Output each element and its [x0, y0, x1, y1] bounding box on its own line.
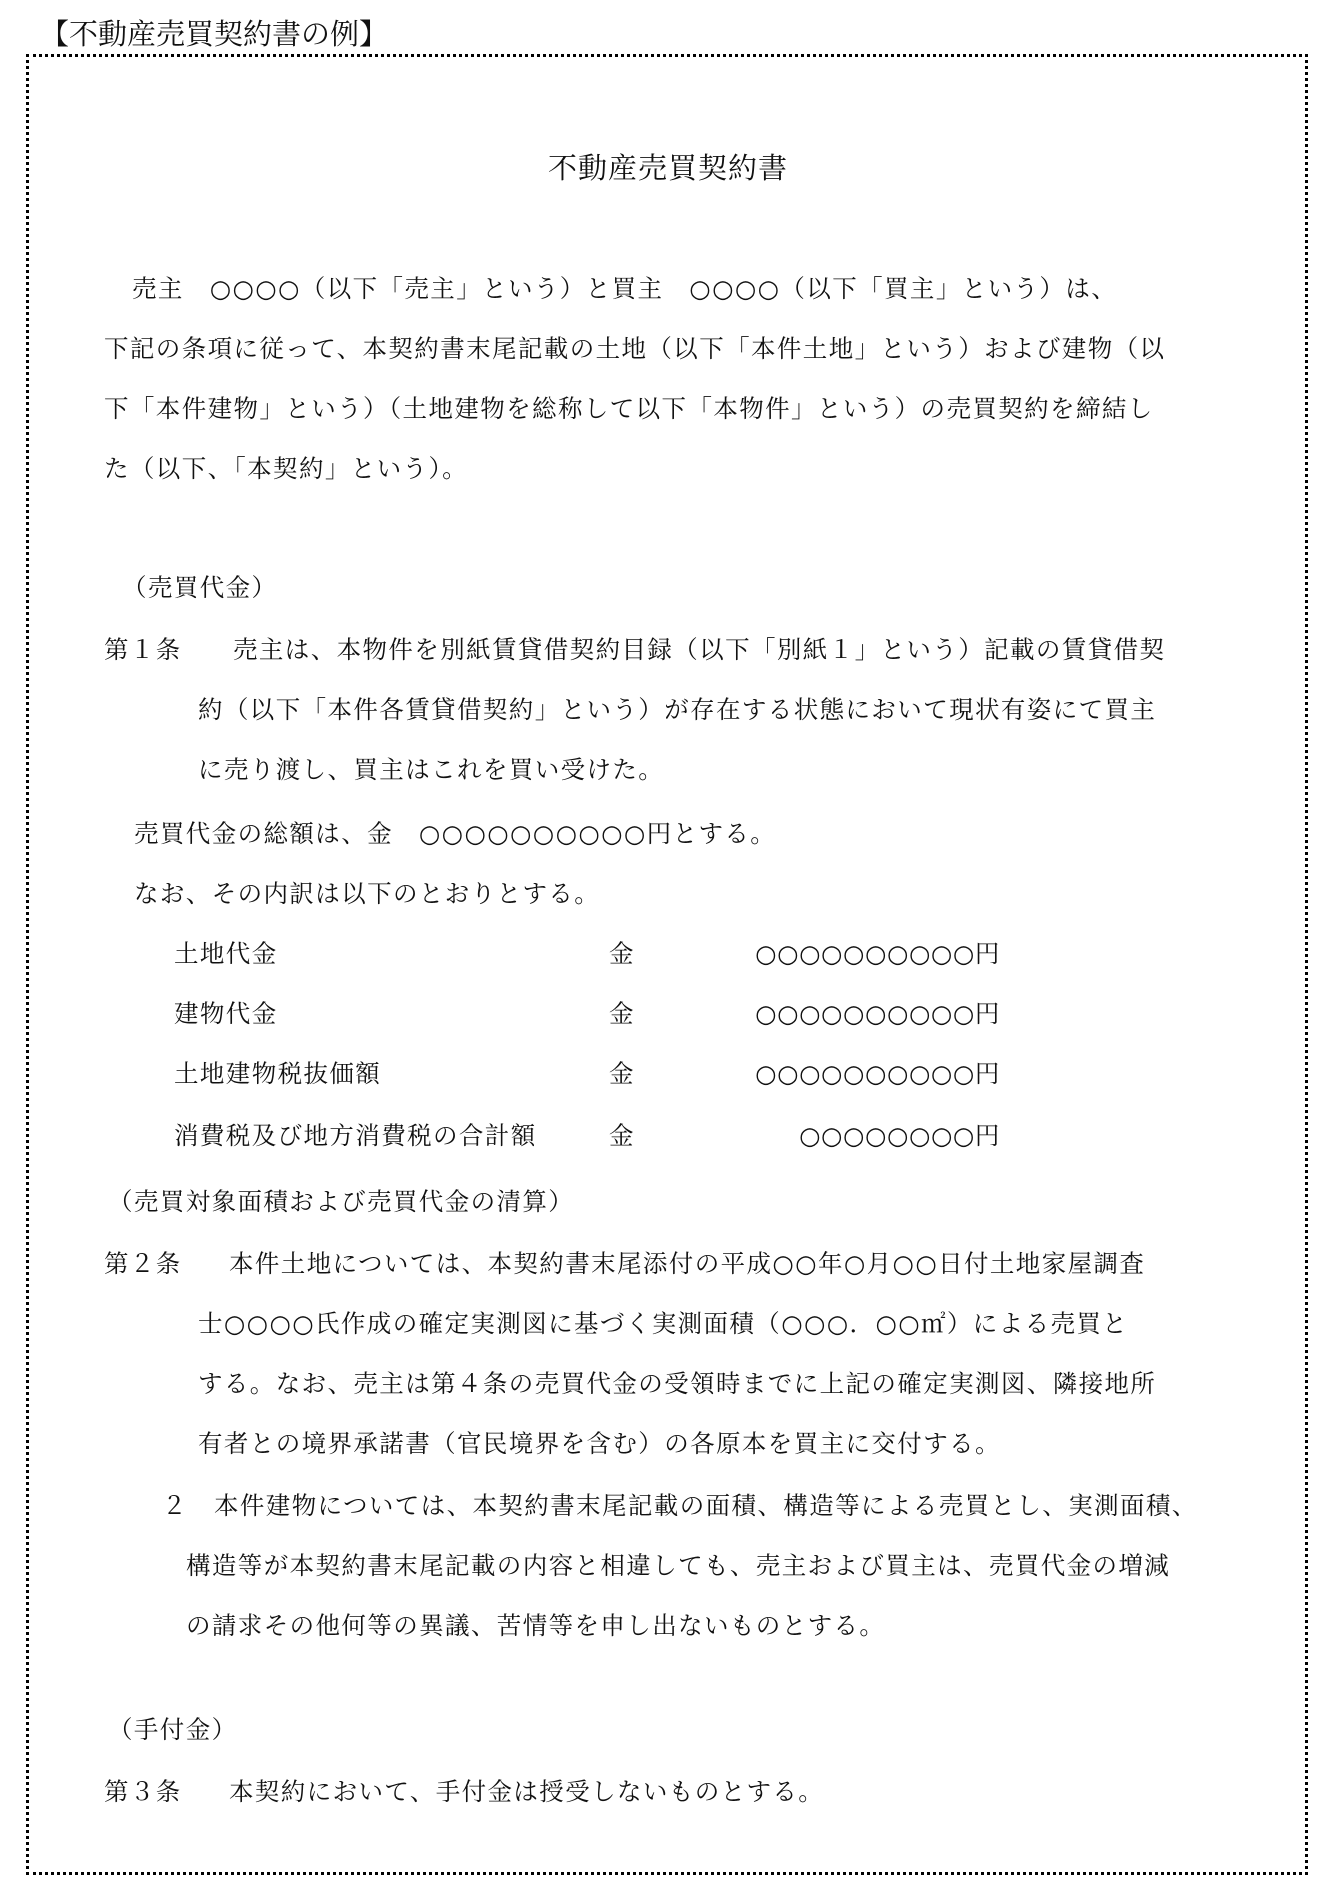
breakdown-prefix: 金 [609, 1058, 634, 1090]
breakdown-amount: ○○○○○○○○円 [680, 1120, 1000, 1152]
breakdown-prefix: 金 [609, 998, 634, 1030]
document-example-label: 【不動産売買契約書の例】 [40, 14, 388, 54]
breakdown-label: 消費税及び地方消費税の合計額 [174, 1120, 537, 1152]
total-price-line: 売買代金の総額は、金 ○○○○○○○○○○円とする。 [134, 818, 776, 850]
article-text-line: 本契約において、手付金は授受しないものとする。 [229, 1776, 824, 1808]
article-text-line: に売り渡し、買主はこれを買い受けた。 [198, 754, 664, 786]
article-text-line: 売主は、本物件を別紙賃貸借契約目録（以下「別紙１」という）記載の賃貸借契 [233, 634, 1165, 666]
breakdown-label: 建物代金 [174, 998, 278, 1030]
breakdown-prefix: 金 [609, 938, 634, 970]
breakdown-prefix: 金 [609, 1120, 634, 1152]
article-heading: （手付金） [108, 1714, 238, 1746]
document-title: 不動産売買契約書 [0, 148, 1336, 188]
article-number: 第３条 [104, 1776, 182, 1808]
article-text-line: 本件土地については、本契約書末尾添付の平成○○年○月○○日付土地家屋調査 [229, 1248, 1145, 1280]
article-text-line: 有者との境界承諾書（官民境界を含む）の各原本を買主に交付する。 [198, 1428, 1001, 1460]
preamble-line: 下「本件建物」という）（土地建物を総称して以下「本物件」という）の売買契約を締結… [104, 393, 1154, 425]
article-text-line: 約（以下「本件各賃貸借契約」という）が存在する状態において現状有姿にて買主 [198, 694, 1156, 726]
article-text-line: 士○○○○氏作成の確定実測図に基づく実測面積（○○○．○○㎡）による売買と [198, 1308, 1128, 1340]
article-number: 第１条 [104, 634, 182, 666]
preamble-line: た（以下、「本契約」という）。 [104, 453, 468, 485]
article-number: 第２条 [104, 1248, 182, 1280]
breakdown-label: 土地代金 [174, 938, 278, 970]
preamble-line: 下記の条項に従って、本契約書末尾記載の土地（以下「本件土地」という）および建物（… [104, 333, 1165, 365]
article-heading: （売買代金） [122, 572, 277, 604]
paragraph-number: ２ [162, 1490, 188, 1522]
breakdown-intro: なお、その内訳は以下のとおりとする。 [134, 878, 600, 910]
breakdown-amount: ○○○○○○○○○○円 [680, 1058, 1000, 1090]
breakdown-label: 土地建物税抜価額 [174, 1058, 381, 1090]
article-text-line: する。なお、売主は第４条の売買代金の受領時までに上記の確定実測図、隣接地所 [198, 1368, 1156, 1400]
article-text-line: の請求その他何等の異議、苦情等を申し出ないものとする。 [186, 1610, 885, 1642]
article-text-line: 本件建物については、本契約書末尾記載の面積、構造等による売買とし、実測面積、 [214, 1490, 1198, 1522]
article-heading: （売買対象面積および売買代金の清算） [108, 1186, 574, 1218]
preamble-line: 売主 ○○○○（以下「売主」という）と買主 ○○○○（以下「買主」という）は、 [132, 273, 1117, 305]
breakdown-amount: ○○○○○○○○○○円 [680, 998, 1000, 1030]
article-text-line: 構造等が本契約書末尾記載の内容と相違しても、売主および買主は、売買代金の増減 [186, 1550, 1170, 1582]
breakdown-amount: ○○○○○○○○○○円 [680, 938, 1000, 970]
